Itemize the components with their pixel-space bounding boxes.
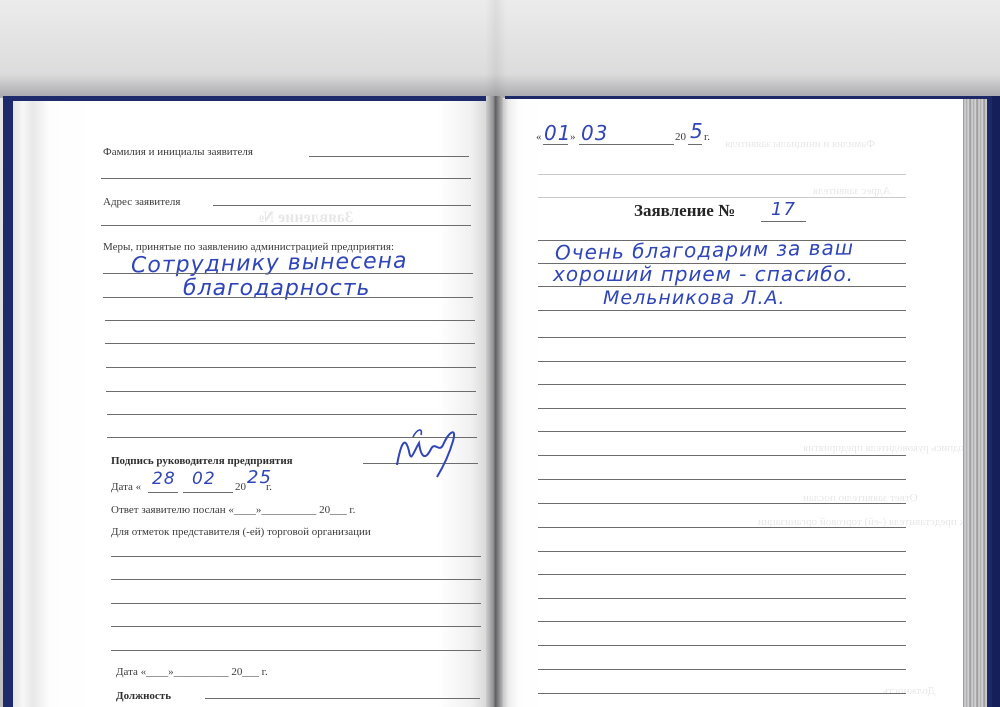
- complaint-handwriting-line1: Очень благодарим за ваш: [555, 235, 854, 264]
- rule-line: [538, 645, 906, 646]
- rule-line: [538, 503, 906, 504]
- statement-number: 17: [771, 199, 796, 220]
- scanner-background: [0, 0, 1000, 98]
- rule-line: [105, 343, 475, 344]
- rule-line: [538, 455, 906, 456]
- rule-line: [538, 197, 906, 198]
- ghost-text: Подпись руководителя предприятия: [803, 442, 965, 454]
- applicant-name-label: Фамилия и инициалы заявителя: [103, 146, 253, 158]
- date-suffix: г.: [266, 481, 272, 493]
- rule-line: [101, 225, 471, 226]
- date-day: 01: [544, 121, 571, 145]
- rule-line: [538, 384, 906, 385]
- ghost-text: Должность: [883, 685, 935, 697]
- rule-line: [111, 650, 481, 651]
- applicant-name-line: [309, 156, 469, 157]
- right-page: Фамилия и инициалы заявителя Адрес заяви…: [503, 99, 965, 707]
- page-edges: [963, 99, 987, 707]
- rule-line: [538, 174, 906, 175]
- date2-label: Дата «____»__________ 20___ г.: [116, 666, 268, 678]
- statement-number-line: [761, 221, 806, 222]
- rule-line: [111, 626, 481, 627]
- rule-line: [538, 551, 906, 552]
- date-open-quote: «: [536, 131, 542, 143]
- rule-line: [538, 479, 906, 480]
- rule-line: [538, 408, 906, 409]
- rule-line: [538, 337, 906, 338]
- date-close-quote: »: [570, 131, 576, 143]
- reply-sent-label: Ответ заявителю послан «____»__________ …: [111, 504, 355, 516]
- ghost-text: Фамилия и инициалы заявителя: [725, 138, 875, 150]
- rule-line: [538, 598, 906, 599]
- rule-line: [538, 527, 906, 528]
- date-month-line: [183, 492, 233, 493]
- complaint-signature: Мельникова Л.А.: [603, 287, 786, 309]
- rule-line: [538, 693, 906, 694]
- date-label: Дата «: [111, 481, 141, 493]
- applicant-address-line: [213, 205, 471, 206]
- complaint-handwriting-line2: хороший прием - спасибо.: [553, 262, 854, 286]
- rule-line: [538, 361, 906, 362]
- date-day: 28: [152, 469, 176, 489]
- notebook-spine: [486, 96, 503, 707]
- rule-line: [107, 414, 477, 415]
- rule-line: [101, 178, 471, 179]
- date-month-line: [579, 144, 674, 145]
- rule-line: [538, 621, 906, 622]
- rule-line: [106, 367, 476, 368]
- manager-signature: [391, 423, 471, 479]
- rule-line: [538, 310, 906, 311]
- manager-signature-label: Подпись руководителя предприятия: [111, 455, 293, 467]
- applicant-address-label: Адрес заявителя: [103, 196, 180, 208]
- date-month: 02: [192, 469, 216, 489]
- rule-line: [106, 391, 476, 392]
- rule-line: [111, 556, 481, 557]
- rule-line: [538, 431, 906, 432]
- rule-line: [105, 320, 475, 321]
- trade-rep-label: Для отметок представителя (-ей) торговой…: [111, 526, 371, 538]
- rule-line: [538, 669, 906, 670]
- rule-line: [538, 574, 906, 575]
- rule-line: [103, 273, 473, 274]
- left-page: Заявление № Фамилия и инициалы заявителя…: [13, 101, 486, 707]
- rule-line: [111, 603, 481, 604]
- rule-line: [103, 297, 473, 298]
- date-month: 03: [581, 121, 608, 145]
- rule-line: [111, 579, 481, 580]
- date-year: 5: [690, 119, 704, 143]
- date-day-line: [543, 144, 568, 145]
- date-suffix: г.: [704, 131, 710, 143]
- date-day-line: [148, 492, 178, 493]
- statement-title: Заявление №: [634, 201, 735, 221]
- ghost-text: Адрес заявителя: [813, 185, 890, 197]
- position-label: Должность: [116, 690, 171, 702]
- date-year-line: [688, 144, 702, 145]
- date-year-prefix: 20: [675, 131, 686, 143]
- position-line: [205, 698, 480, 699]
- date-year-prefix: 20: [235, 481, 246, 493]
